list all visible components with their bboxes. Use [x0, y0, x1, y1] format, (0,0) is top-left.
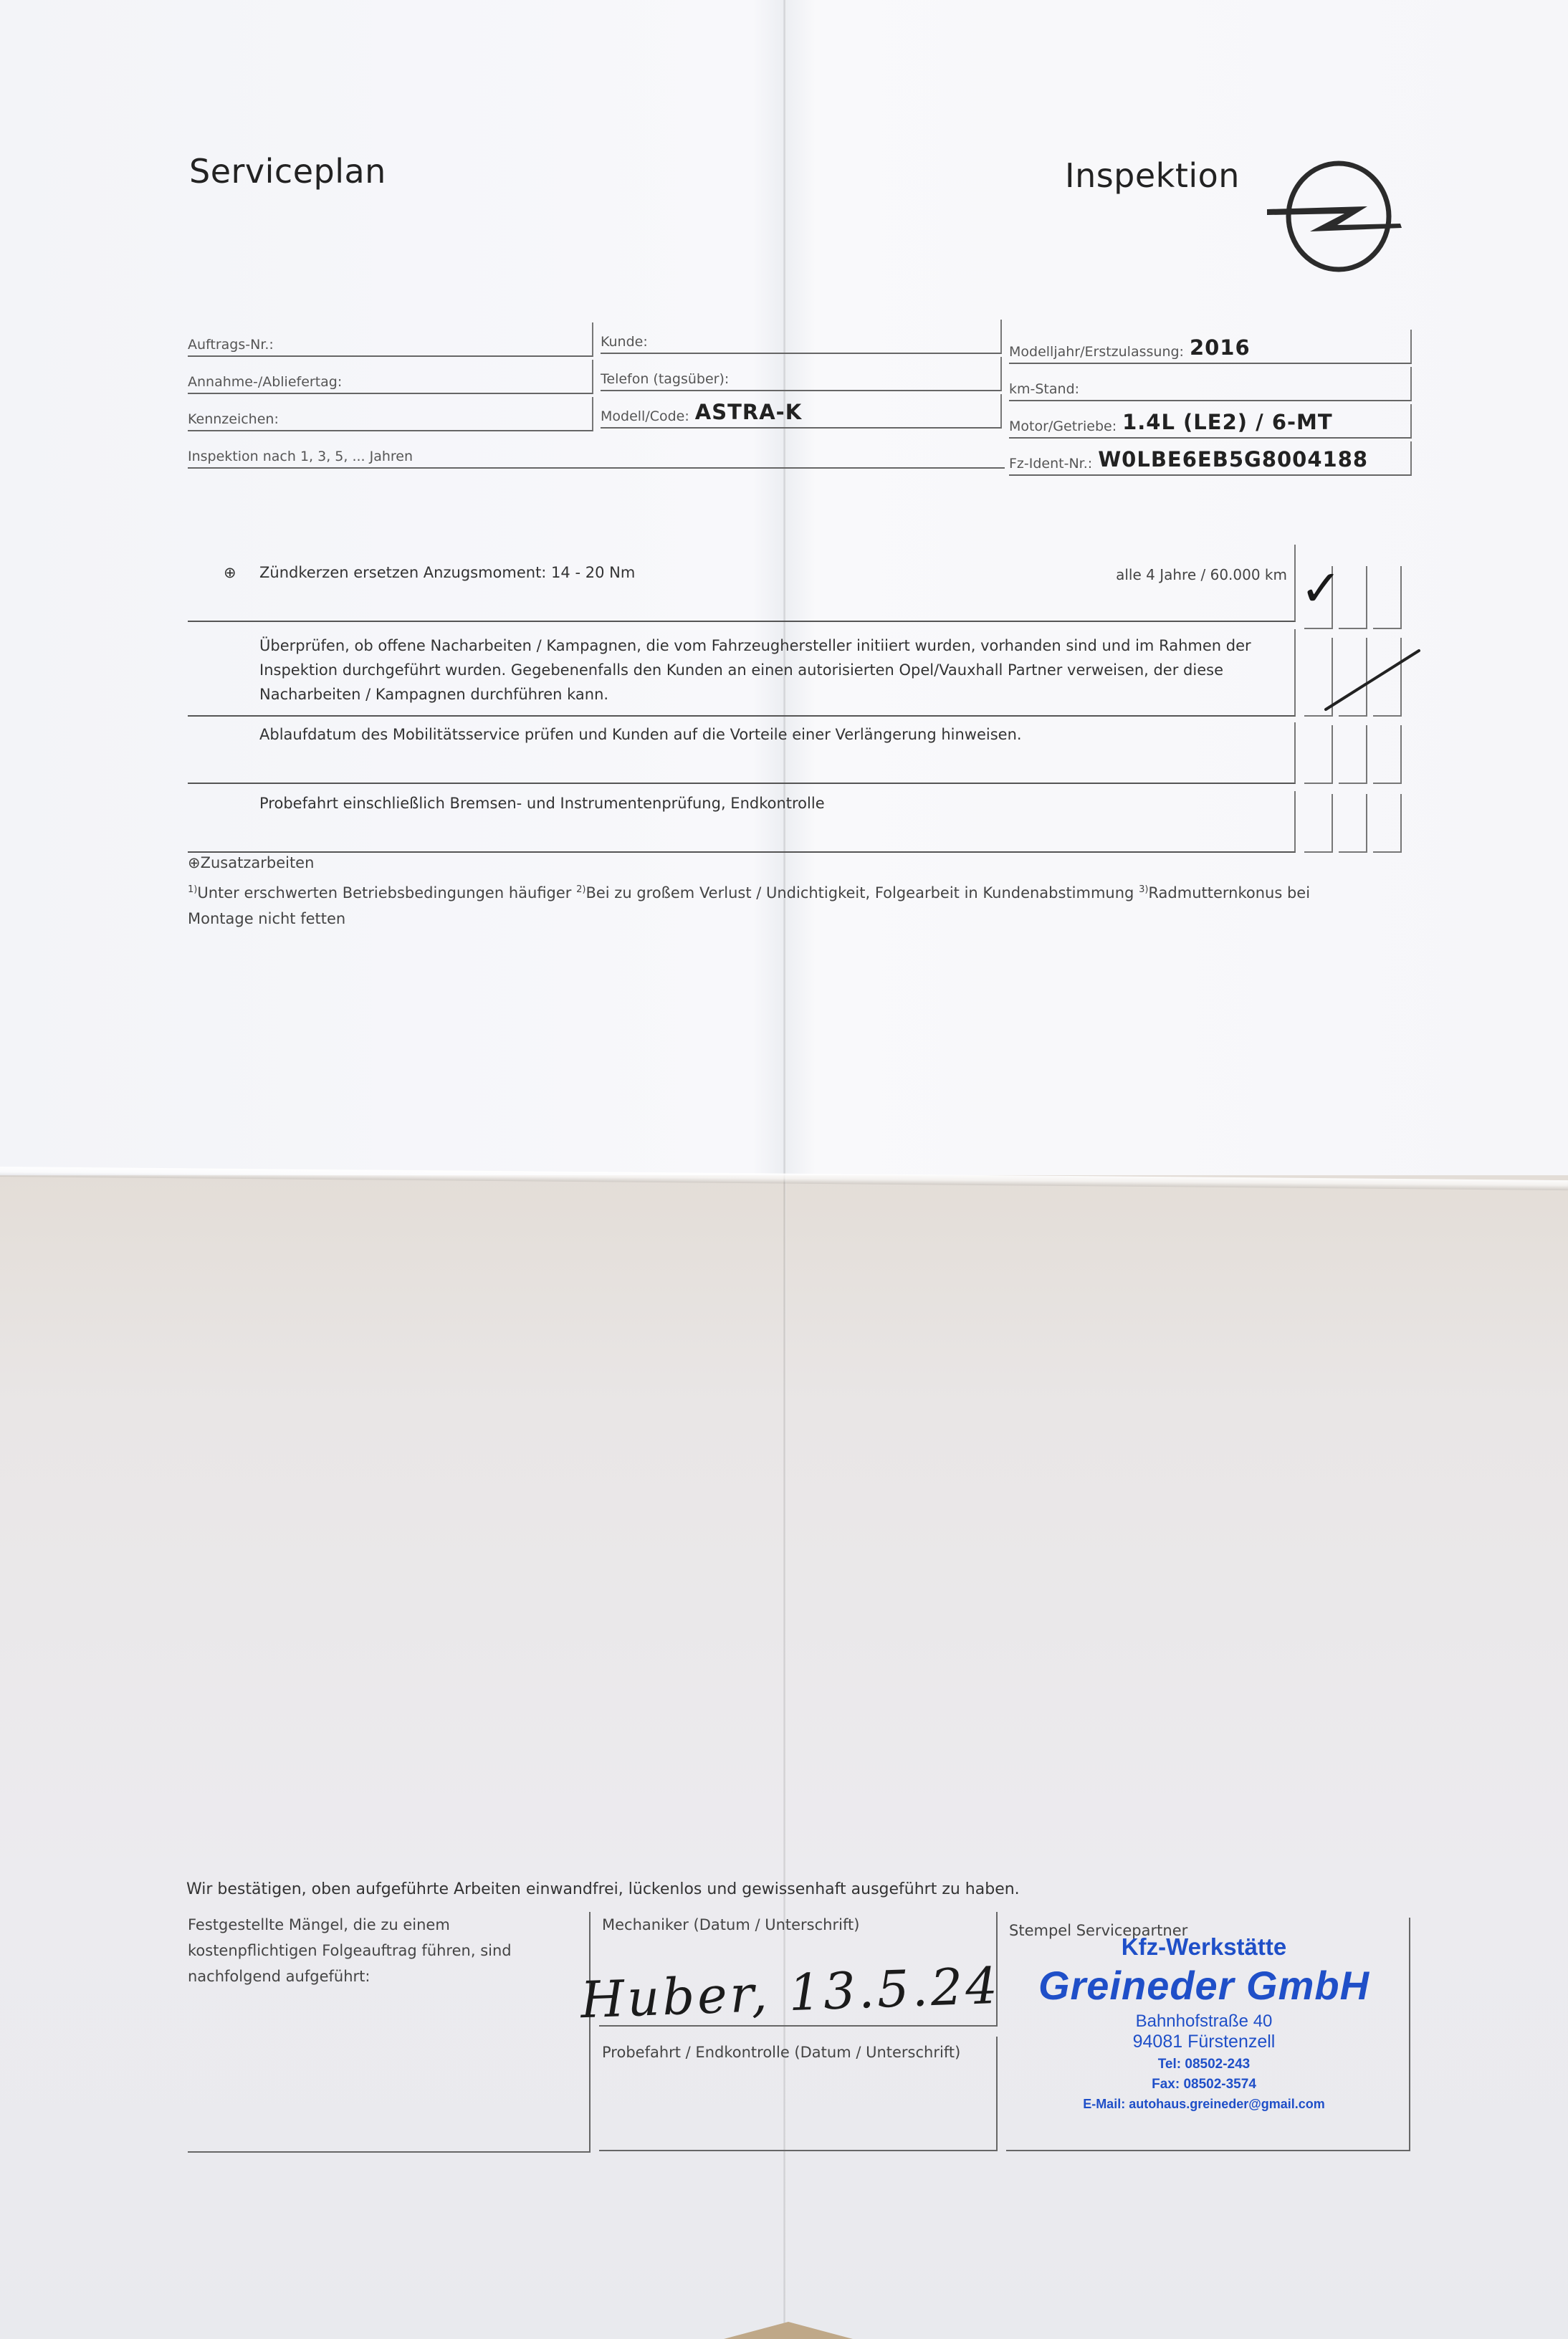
checkmark-icon: ✓	[1300, 559, 1342, 618]
stamp-tel: Tel: 08502-243	[1018, 2057, 1390, 2072]
checkbox-1[interactable]: ✓	[1304, 566, 1333, 629]
license-plate-field[interactable]: Kennzeichen:	[188, 397, 593, 431]
checklist-text: Ablaufdatum des Mobilitätsservice prüfen…	[259, 722, 1022, 747]
inspection-interval-field[interactable]: Inspektion nach 1, 3, 5, ... Jahren	[188, 434, 1005, 469]
checkbox-3[interactable]	[1373, 725, 1402, 784]
testdrive-signature-box[interactable]: Probefahrt / Endkontrolle (Datum / Unter…	[599, 2037, 998, 2151]
stamp-street: Bahnhofstraße 40	[1018, 2012, 1390, 2032]
phone-field[interactable]: Telefon (tagsüber):	[601, 357, 1002, 391]
checkbox-1[interactable]	[1304, 794, 1333, 853]
vin-value: W0LBE6EB5G8004188	[1098, 447, 1368, 472]
model-code-value: ASTRA-K	[695, 400, 802, 424]
acceptance-date-field[interactable]: Annahme-/Abliefertag:	[188, 360, 593, 394]
stamp-city: 94081 Fürstenzell	[1018, 2032, 1390, 2052]
checkbox-3[interactable]	[1373, 794, 1402, 853]
vin-field[interactable]: Fz-Ident-Nr.: W0LBE6EB5G8004188	[1009, 441, 1412, 476]
stamp-fax: Fax: 08502-3574	[1018, 2077, 1390, 2092]
checkbox-2[interactable]	[1339, 566, 1367, 629]
defects-box[interactable]: Festgestellte Mängel, die zu einem koste…	[188, 1912, 591, 2153]
mileage-field[interactable]: km-Stand:	[1009, 367, 1412, 401]
checklist-text: Probefahrt einschließlich Bremsen- und I…	[259, 791, 825, 815]
stamp-company: Greineder GmbH	[1018, 1962, 1390, 2009]
testdrive-label: Probefahrt / Endkontrolle (Datum / Unter…	[599, 2037, 996, 2065]
checkbox-2[interactable]	[1339, 725, 1367, 784]
checkbox-1[interactable]	[1304, 725, 1333, 784]
checklist-row-campaigns: Überprüfen, ob offene Nacharbeiten / Kam…	[188, 629, 1296, 717]
model-year-value: 2016	[1190, 335, 1251, 360]
checkbox-2[interactable]	[1339, 794, 1367, 853]
checkbox-3[interactable]	[1373, 566, 1402, 629]
model-code-field[interactable]: Modell/Code: ASTRA-K	[601, 394, 1002, 429]
page-title: Serviceplan	[189, 152, 386, 191]
checkbox-group-row4	[1304, 794, 1402, 853]
checklist-text: Zündkerzen ersetzen Anzugsmoment: 14 - 2…	[259, 560, 635, 585]
checkbox-group-row3	[1304, 725, 1402, 784]
order-number-field[interactable]: Auftrags-Nr.:	[188, 322, 593, 357]
footnotes: 1)Unter erschwerten Betriebsbedingungen …	[188, 877, 1363, 932]
footnote-1: Unter erschwerten Betriebsbedingungen hä…	[197, 884, 571, 901]
checklist-row-mobility: Ablaufdatum des Mobilitätsservice prüfen…	[188, 722, 1296, 784]
workshop-stamp: Kfz-Werkstätte Greineder GmbH Bahnhofstr…	[1018, 1929, 1390, 2112]
model-year-field[interactable]: Modelljahr/Erstzulassung: 2016	[1009, 330, 1412, 364]
engine-transmission-value: 1.4L (LE2) / 6-MT	[1122, 410, 1333, 434]
stamp-line1: Kfz-Werkstätte	[1018, 1933, 1390, 1961]
mechanic-label: Mechaniker (Datum / Unterschrift)	[599, 1912, 996, 1938]
customer-field[interactable]: Kunde:	[601, 320, 1002, 354]
section-title: Inspektion	[1065, 156, 1240, 195]
checklist-row-testdrive: Probefahrt einschließlich Bremsen- und I…	[188, 791, 1296, 853]
confirmation-statement: Wir bestätigen, oben aufgeführte Arbeite…	[186, 1880, 1020, 1898]
checkbox-group-row1: ✓	[1304, 566, 1402, 629]
checklist-interval: alle 4 Jahre / 60.000 km	[1116, 566, 1287, 583]
checklist-row-spark-plugs: ⊕ Zündkerzen ersetzen Anzugsmoment: 14 -…	[188, 545, 1296, 622]
checkbox-group-row2	[1304, 638, 1402, 717]
slash-mark-icon	[1319, 645, 1426, 717]
footnote-2: Bei zu großem Verlust / Undichtigkeit, F…	[585, 884, 1134, 901]
stamp-email: E-Mail: autohaus.greineder@gmail.com	[1018, 2097, 1390, 2112]
engine-transmission-field[interactable]: Motor/Getriebe: 1.4L (LE2) / 6-MT	[1009, 404, 1412, 439]
footnote-zusatzarbeiten: ⊕Zusatzarbeiten	[188, 854, 314, 871]
checklist-text: Überprüfen, ob offene Nacharbeiten / Kam…	[259, 633, 1277, 707]
opel-logo-icon	[1267, 159, 1403, 274]
zusatz-marker-icon: ⊕	[224, 560, 236, 585]
defects-label: Festgestellte Mängel, die zu einem koste…	[188, 1912, 546, 1989]
